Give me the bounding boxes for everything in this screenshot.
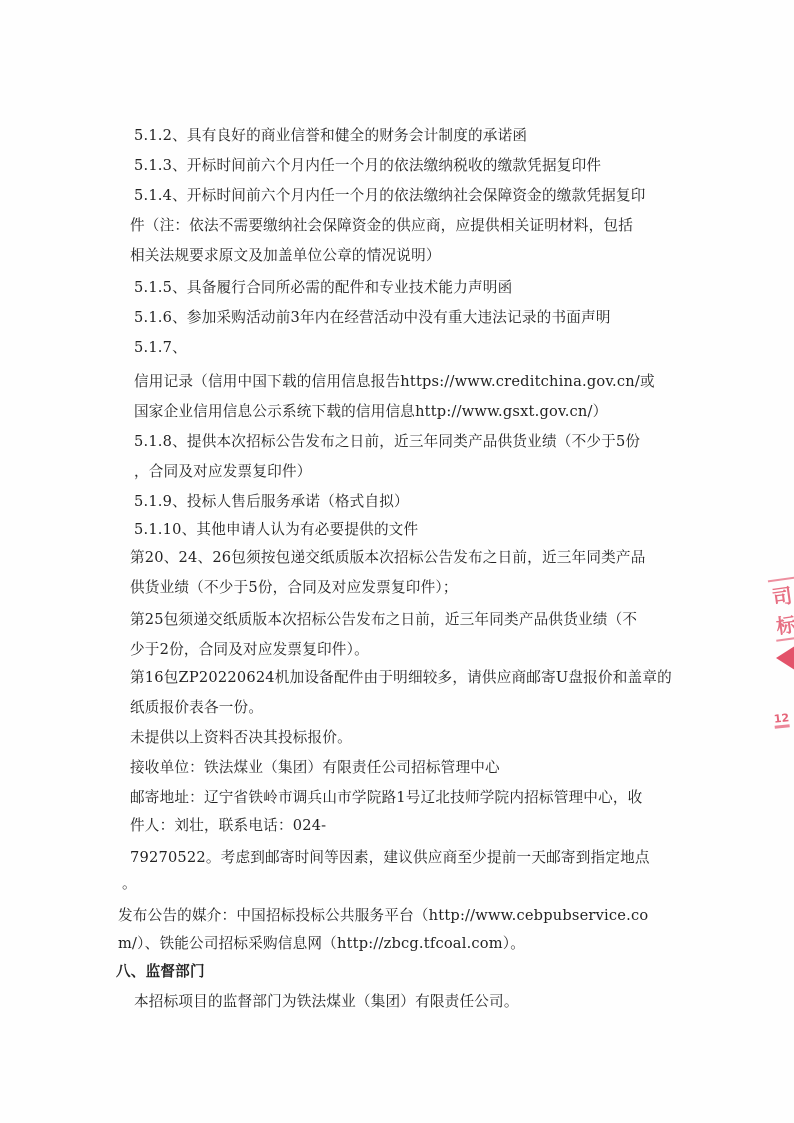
company-seal-stamp: 司标 12 bbox=[772, 572, 794, 742]
receiving-unit: 接收单位：铁法煤业（集团）有限责任公司招标管理中心 bbox=[130, 758, 500, 778]
clause-5-1-4-cont-1: 件（注：依法不需要缴纳社会保障资金的供应商，应提供相关证明材料，包括 bbox=[130, 216, 633, 236]
package-25-note-cont: 少于2份，合同及对应发票复印件）。 bbox=[130, 640, 369, 660]
mailing-advice: 79270522。考虑到邮寄时间等因素，建议供应商至少提前一天邮寄到指定地点 bbox=[130, 848, 650, 868]
publication-media-cont: m/）、铁能公司招标采购信息网（http://zbcg.tfcoal.com）。 bbox=[118, 934, 525, 954]
clause-5-1-9: 5.1.9、投标人售后服务承诺（格式自拟） bbox=[134, 492, 409, 512]
publication-media: 发布公告的媒介：中国招标投标公共服务平台（http://www.cebpubse… bbox=[118, 906, 648, 926]
section-heading-supervision: 八、监督部门 bbox=[116, 962, 205, 982]
clause-5-1-8-cont: ，合同及对应发票复印件） bbox=[134, 462, 312, 482]
document-page: 5.1.2、具有良好的商业信誉和健全的财务会计制度的承诺函 5.1.3、开标时间… bbox=[0, 0, 794, 1123]
stamp-star-icon bbox=[776, 644, 794, 672]
stamp-text-bottom: 12 bbox=[773, 711, 790, 729]
mailing-advice-end: 。 bbox=[122, 874, 137, 894]
mailing-address-cont: 件人：刘壮，联系电话：024- bbox=[130, 816, 326, 836]
package-16-note: 第16包ZP20220624机加设备配件由于明细较多，请供应商邮寄U盘报价和盖章… bbox=[130, 668, 672, 688]
clause-5-1-7: 5.1.7、 bbox=[134, 338, 187, 358]
package-25-note: 第25包须递交纸质版本次招标公告发布之日前，近三年同类产品供货业绩（不 bbox=[130, 610, 637, 630]
mailing-address: 邮寄地址：辽宁省铁岭市调兵山市学院路1号辽北技师学院内招标管理中心，收 bbox=[130, 788, 642, 808]
clause-5-1-3: 5.1.3、开标时间前六个月内任一个月的依法缴纳税收的缴款凭据复印件 bbox=[134, 156, 601, 176]
clause-5-1-2: 5.1.2、具有良好的商业信誉和健全的财务会计制度的承诺函 bbox=[134, 126, 527, 146]
rejection-note: 未提供以上资料否决其投标报价。 bbox=[130, 728, 352, 748]
clause-5-1-7-cont: 国家企业信用信息公示系统下载的信用信息http://www.gsxt.gov.c… bbox=[134, 402, 607, 422]
package-20-24-26-note: 第20、24、26包须按包递交纸质版本次招标公告发布之日前，近三年同类产品 bbox=[130, 548, 646, 568]
clause-5-1-8: 5.1.8、提供本次招标公告发布之日前，近三年同类产品供货业绩（不少于5份 bbox=[134, 432, 640, 452]
stamp-text-top: 司标 bbox=[768, 576, 794, 642]
supervision-body: 本招标项目的监督部门为铁法煤业（集团）有限责任公司。 bbox=[134, 992, 519, 1012]
clause-5-1-5: 5.1.5、具备履行合同所必需的配件和专业技术能力声明函 bbox=[134, 278, 512, 298]
clause-5-1-10: 5.1.10、其他申请人认为有必要提供的文件 bbox=[134, 520, 418, 540]
clause-5-1-7-credit-record: 信用记录（信用中国下载的信用信息报告https://www.creditchin… bbox=[134, 372, 655, 392]
package-16-note-cont: 纸质报价表各一份。 bbox=[130, 698, 263, 718]
clause-5-1-4-cont-2: 相关法规要求原文及加盖单位公章的情况说明） bbox=[130, 246, 441, 266]
package-20-24-26-note-cont: 供货业绩（不少于5份，合同及对应发票复印件）； bbox=[130, 578, 458, 598]
clause-5-1-6: 5.1.6、参加采购活动前3年内在经营活动中没有重大违法记录的书面声明 bbox=[134, 308, 611, 328]
clause-5-1-4: 5.1.4、开标时间前六个月内任一个月的依法缴纳社会保障资金的缴款凭据复印 bbox=[134, 186, 646, 206]
